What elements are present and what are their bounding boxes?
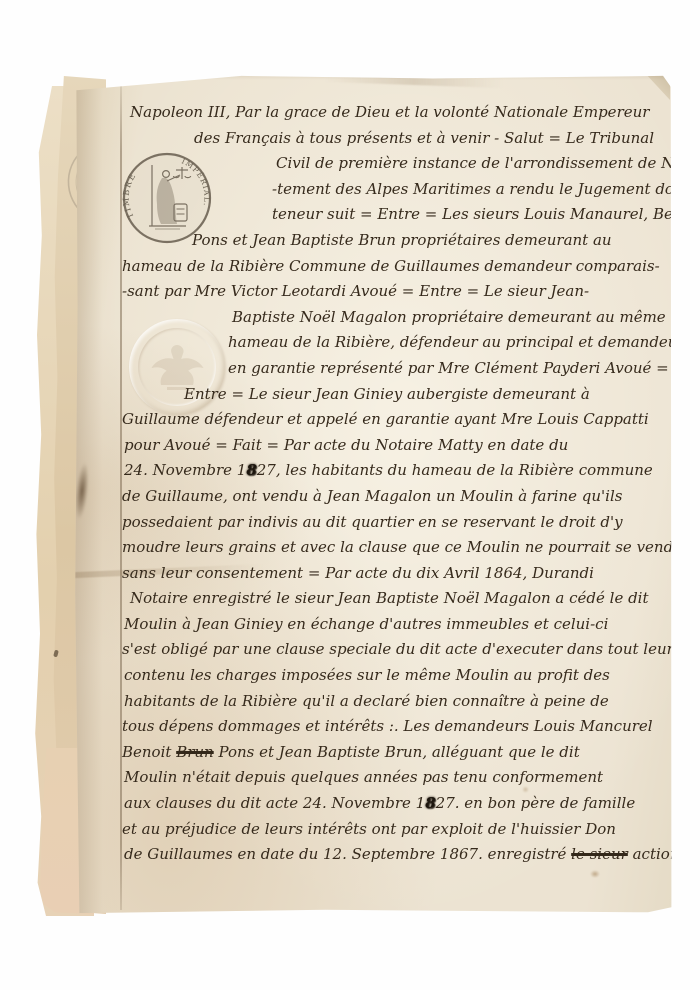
line-text: Pons et Jean Baptiste Brun, alléguant qu… bbox=[214, 743, 580, 761]
manuscript-line: de Guillaume, ont vendu à Jean Magalon u… bbox=[122, 484, 670, 510]
manuscript-line: de Guillaumes en date du 12. Septembre 1… bbox=[122, 842, 670, 868]
line-text: 27. en bon père de famille bbox=[436, 794, 636, 812]
document-page: TIMBRE IMPÉRIAL. bbox=[74, 70, 672, 914]
manuscript-line: Entre = Le sieur Jean Giniey aubergiste … bbox=[122, 382, 670, 408]
manuscript-line: contenu les charges imposées sur le même… bbox=[122, 663, 670, 689]
struck-words: le sieur bbox=[571, 845, 628, 863]
manuscript-text: Napoleon III, Par la grace de Dieu et la… bbox=[122, 100, 670, 868]
fold-crease-top bbox=[324, 73, 504, 88]
ink-blot-digit: 8 bbox=[425, 794, 435, 812]
page-corner-fold bbox=[644, 72, 670, 100]
manuscript-line: Moulin à Jean Giniey en échange d'autres… bbox=[122, 612, 670, 638]
manuscript-line: teneur suit = Entre = Les sieurs Louis M… bbox=[122, 202, 670, 228]
line-text: actionné bbox=[628, 845, 698, 863]
ink-blot-digit: 8 bbox=[246, 461, 256, 479]
manuscript-line: pour Avoué = Fait = Par acte du Notaire … bbox=[122, 433, 670, 459]
manuscript-line: aux clauses du dit acte 24. Novembre 182… bbox=[122, 791, 670, 817]
line-text: 27, les habitants du hameau de la Ribièr… bbox=[257, 461, 653, 479]
manuscript-line: Benoit Brun Pons et Jean Baptiste Brun, … bbox=[122, 740, 670, 766]
manuscript-line: et au préjudice de leurs intérêts ont pa… bbox=[122, 817, 670, 843]
line-text: aux clauses du dit acte 24. Novembre 1 bbox=[124, 794, 425, 812]
manuscript-line: Notaire enregistré le sieur Jean Baptist… bbox=[122, 586, 670, 612]
manuscript-line: sans leur consentement = Par acte du dix… bbox=[122, 561, 670, 587]
line-text: de Guillaumes en date du 12. Septembre 1… bbox=[124, 845, 571, 863]
line-text: Benoit bbox=[122, 743, 176, 761]
line-text: 24. Novembre 1 bbox=[124, 461, 246, 479]
manuscript-line: Guillaume défendeur et appelé en garanti… bbox=[122, 407, 670, 433]
manuscript-line: -sant par Mre Victor Leotardi Avoué = En… bbox=[122, 279, 670, 305]
manuscript-line: Pons et Jean Baptiste Brun propriétaires… bbox=[122, 228, 670, 254]
manuscript-line: en garantie représenté par Mre Clément P… bbox=[122, 356, 670, 382]
manuscript-line: 24. Novembre 1827, les habitants du hame… bbox=[122, 458, 670, 484]
manuscript-line: possedaient par indivis au dit quartier … bbox=[122, 510, 670, 536]
age-stain bbox=[260, 912, 269, 919]
manuscript-line: habitants de la Ribière qu'il a declaré … bbox=[122, 689, 670, 715]
age-stain bbox=[590, 870, 600, 878]
scan-background: TIMBRE IMPÉRIAL. bbox=[0, 0, 700, 990]
struck-word: Brun bbox=[176, 743, 214, 761]
manuscript-line: Moulin n'était depuis quelques années pa… bbox=[122, 765, 670, 791]
manuscript-line: -tement des Alpes Maritimes a rendu le J… bbox=[122, 177, 670, 203]
manuscript-line: hameau de la Ribière, défendeur au princ… bbox=[122, 330, 670, 356]
manuscript-line: hameau de la Ribière Commune de Guillaum… bbox=[122, 254, 670, 280]
manuscript-line: Baptiste Noël Magalon propriétaire demeu… bbox=[122, 305, 670, 331]
manuscript-line: Civil de première instance de l'arrondis… bbox=[122, 151, 670, 177]
manuscript-line: tous dépens dommages et intérêts :. Les … bbox=[122, 714, 670, 740]
manuscript-line: Napoleon III, Par la grace de Dieu et la… bbox=[122, 100, 670, 126]
manuscript-line: s'est obligé par une clause speciale du … bbox=[122, 637, 670, 663]
manuscript-line: moudre leurs grains et avec la clause qu… bbox=[122, 535, 670, 561]
manuscript-line: des Français à tous présents et à venir … bbox=[122, 126, 670, 152]
